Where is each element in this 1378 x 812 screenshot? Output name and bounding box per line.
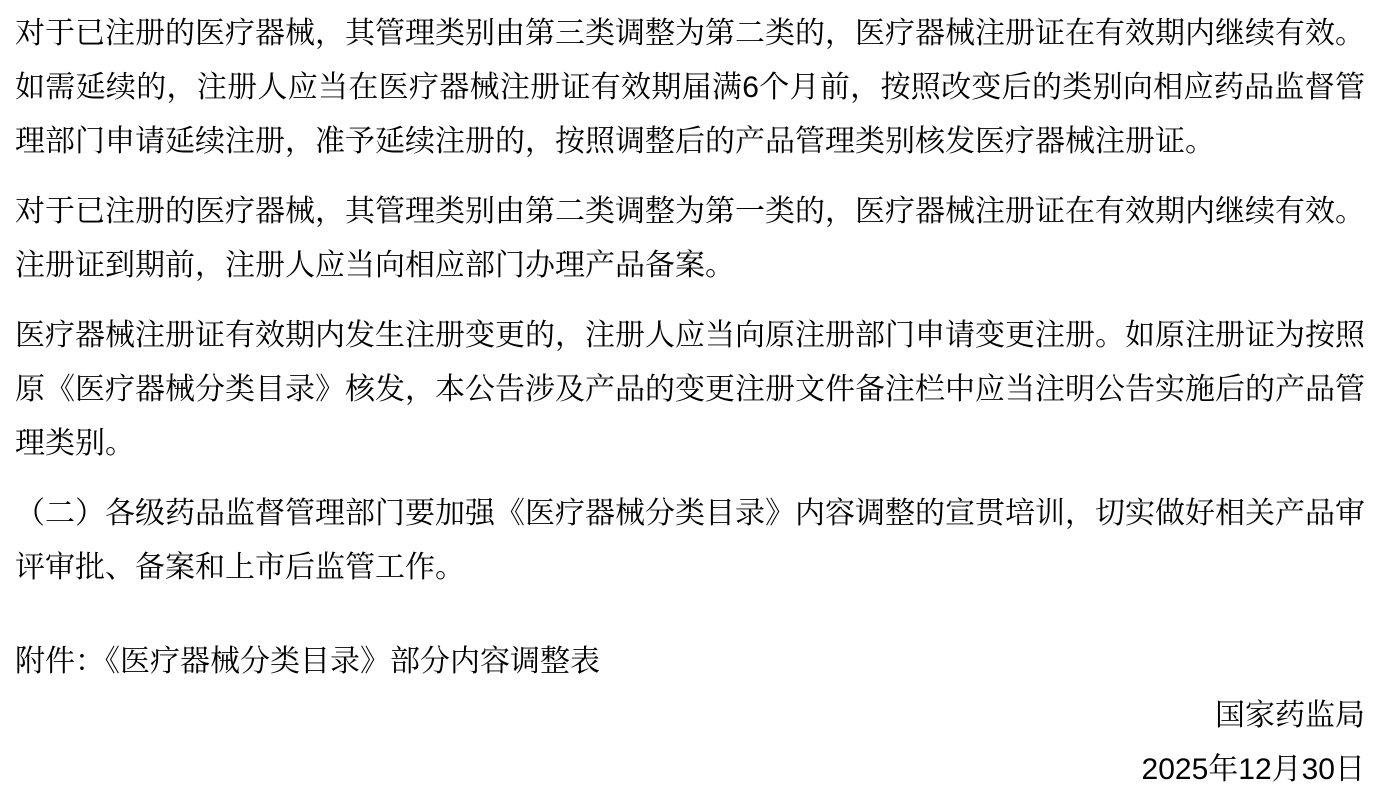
- paragraph-registration-change: 医疗器械注册证有效期内发生注册变更的，注册人应当向原注册部门申请变更注册。如原注…: [15, 309, 1365, 471]
- signature-date: 2025年12月30日: [15, 743, 1365, 797]
- paragraph-class2-to-class1: 对于已注册的医疗器械，其管理类别由第二类调整为第一类的，医疗器械注册证在有效期内…: [15, 185, 1365, 293]
- paragraph-class3-to-class2: 对于已注册的医疗器械，其管理类别由第三类调整为第二类的，医疗器械注册证在有效期内…: [15, 7, 1365, 169]
- document-page: 对于已注册的医疗器械，其管理类别由第三类调整为第二类的，医疗器械注册证在有效期内…: [0, 0, 1378, 812]
- attachment-line: 附件：《医疗器械分类目录》部分内容调整表: [15, 635, 1365, 689]
- signature-block: 国家药监局 2025年12月30日: [15, 689, 1365, 797]
- signature-issuer: 国家药监局: [15, 689, 1365, 743]
- paragraph-training-supervision: （二）各级药品监督管理部门要加强《医疗器械分类目录》内容调整的宣贯培训，切实做好…: [15, 487, 1365, 595]
